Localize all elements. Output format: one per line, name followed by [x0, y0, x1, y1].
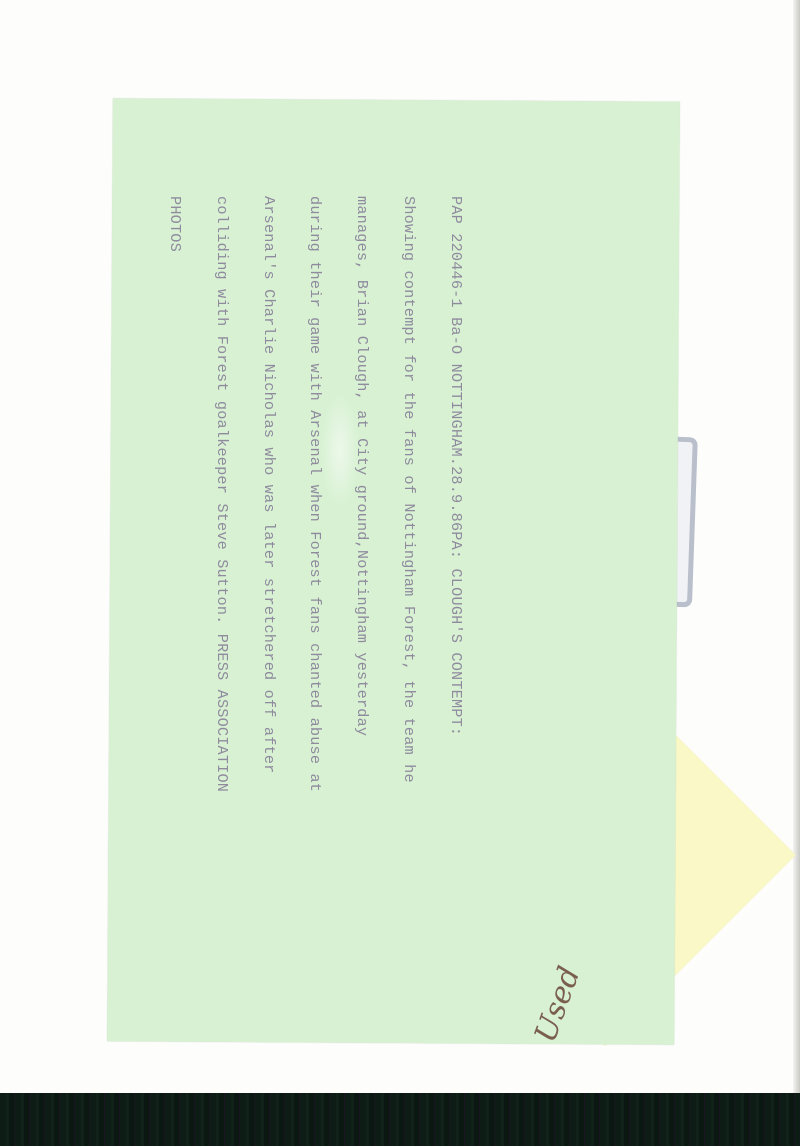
scan-edge: [793, 0, 800, 1094]
caption-line: manages, Brian Clough, at City ground,No…: [354, 196, 370, 996]
typed-caption: PAP 220446-1 Ba-O NOTTINGHAM.28.9.86PA: …: [364, 196, 494, 996]
caption-line: during their game with Arsenal when Fore…: [307, 196, 323, 996]
caption-line: colliding with Forest goalkeeper Steve S…: [213, 196, 229, 996]
caption-line: PHOTOS: [167, 196, 183, 996]
scanner-bed-strip: [0, 1093, 800, 1146]
caption-line: Showing contempt for the fans of Notting…: [400, 196, 416, 996]
caption-line: Arsenal's Charlie Nicholas who was later…: [260, 196, 276, 996]
caption-line: PAP 220446-1 Ba-O NOTTINGHAM.28.9.86PA: …: [447, 196, 463, 996]
